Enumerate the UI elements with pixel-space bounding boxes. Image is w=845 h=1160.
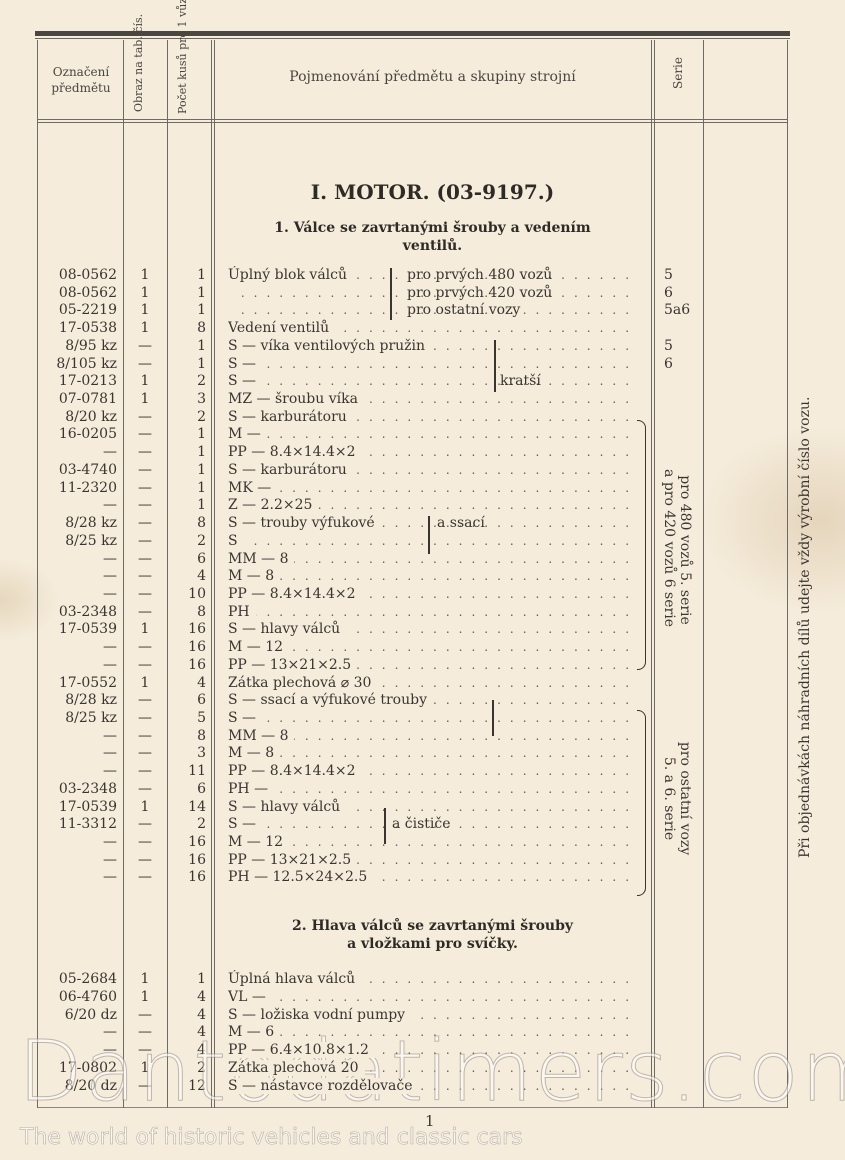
part-name: PP — 13×21×2.5: [228, 657, 357, 673]
quantity: 4: [168, 567, 206, 585]
table-row: 05-221911...............................…: [0, 301, 845, 319]
image-ref: —: [124, 833, 166, 851]
part-code: 07-0781: [40, 390, 117, 408]
part-name: M — 12: [228, 834, 289, 850]
part-name-cell: ...................................S — v…: [228, 337, 638, 355]
image-ref: 1: [124, 674, 166, 692]
image-ref: 1: [124, 284, 166, 302]
image-ref: —: [124, 603, 166, 621]
part-name-cell: ...................................MM — …: [228, 550, 638, 568]
part-code: —: [40, 833, 117, 851]
part-code: —: [40, 656, 117, 674]
image-ref: 1: [124, 266, 166, 284]
quantity: 1: [168, 355, 206, 373]
quantity: 5: [168, 709, 206, 727]
part-code: 08-0562: [40, 284, 117, 302]
quantity: 6: [168, 780, 206, 798]
part-name-cell: ...................................S —: [228, 709, 638, 727]
part-name-cell: ...................................PH — …: [228, 868, 638, 886]
part-code: 17-0213: [40, 372, 117, 390]
quantity: 2: [168, 532, 206, 550]
image-ref: 1: [124, 372, 166, 390]
part-code: 03-4740: [40, 461, 117, 479]
image-ref: —: [124, 585, 166, 603]
part-name: PP — 8.4×14.4×2: [228, 444, 362, 460]
part-code: —: [40, 567, 117, 585]
image-ref: —: [124, 514, 166, 532]
group-brace-2: [637, 710, 646, 896]
dot-leader: ...................................: [228, 603, 638, 621]
quantity: 2: [168, 408, 206, 426]
part-name-cell: ...................................M — 1…: [228, 638, 638, 656]
part-name-cell: ...................................Zátka…: [228, 674, 638, 692]
header-serie: Serie: [672, 53, 684, 93]
dot-leader: ...................................: [228, 425, 638, 443]
table-row: 16-0205—1...............................…: [0, 425, 845, 443]
serie-value: 6: [664, 284, 704, 302]
image-ref: —: [124, 762, 166, 780]
note-separator: [384, 808, 386, 844]
image-ref: —: [124, 355, 166, 373]
serie-value: 5a6: [664, 301, 704, 319]
part-name: S: [228, 533, 244, 549]
part-name-cell: ...................................PP — …: [228, 656, 638, 674]
part-name-cell: ...................................S — t…: [228, 514, 638, 532]
serie-value: 6: [664, 355, 704, 373]
part-name: PP — 8.4×14.4×2: [228, 586, 362, 602]
part-code: 8/28 kz: [40, 691, 117, 709]
dot-leader: ...................................: [228, 638, 638, 656]
part-name: MK —: [228, 480, 277, 496]
table-row: 17-0539114..............................…: [0, 798, 845, 816]
part-name: PP — 13×21×2.5: [228, 852, 357, 868]
table-row: ——16...................................M…: [0, 638, 845, 656]
quantity: 4: [168, 988, 206, 1006]
image-ref: 1: [124, 798, 166, 816]
part-code: —: [40, 496, 117, 514]
dot-leader: ...................................: [228, 567, 638, 585]
quantity: 1: [168, 443, 206, 461]
section-title: I. MOTOR. (03-9197.): [215, 180, 650, 204]
watermark-logo: Dantodatimers.com: [18, 1022, 845, 1120]
image-ref: —: [124, 691, 166, 709]
quantity: 8: [168, 514, 206, 532]
part-code: 6/20 dz: [40, 1006, 117, 1024]
image-ref: —: [124, 744, 166, 762]
table-row: ——1...................................PP…: [0, 443, 845, 461]
part-code: 05-2219: [40, 301, 117, 319]
quantity: 8: [168, 319, 206, 337]
table-row: 11-2320—1...............................…: [0, 479, 845, 497]
image-ref: —: [124, 709, 166, 727]
part-name-cell: ...................................Veden…: [228, 319, 638, 337]
table-row: 03-2348—6...............................…: [0, 780, 845, 798]
table-row: 17-055214...............................…: [0, 674, 845, 692]
table-row: 11-3312—2...............................…: [0, 815, 845, 833]
header-qty: Počet kusů pro 1 vůz: [177, 40, 189, 114]
part-code: 8/25 kz: [40, 532, 117, 550]
part-name-cell: ...................................M — 1…: [228, 833, 638, 851]
part-name-cell: ...................................MZ — …: [228, 390, 638, 408]
part-name-cell: ...................................M —: [228, 425, 638, 443]
quantity: 1: [168, 461, 206, 479]
table-row: ——16...................................P…: [0, 656, 845, 674]
part-name-cell: ...................................VL —: [228, 988, 638, 1006]
part-name-cell: ...................................S —: [228, 355, 638, 373]
table-row: ——3...................................M …: [0, 744, 845, 762]
table-row: ——16...................................P…: [0, 868, 845, 886]
part-note: kratší: [500, 372, 541, 390]
part-name: Zátka plechová 20: [228, 1060, 365, 1076]
table-row: ——4...................................M …: [0, 567, 845, 585]
table-row: 8/25 kz—2...............................…: [0, 532, 845, 550]
part-name: S —: [228, 710, 262, 726]
part-code: —: [40, 638, 117, 656]
part-name: M — 12: [228, 639, 289, 655]
part-name: Zátka plechová ⌀ 30: [228, 675, 377, 691]
part-name: MM — 8: [228, 728, 294, 744]
part-name: S — hlavy válců: [228, 621, 346, 637]
part-name: [228, 285, 234, 301]
quantity: 8: [168, 603, 206, 621]
part-name: S — ssací a výfukové trouby: [228, 692, 433, 708]
quantity: 16: [168, 868, 206, 886]
image-ref: —: [124, 851, 166, 869]
table-row: 03-4740—1...............................…: [0, 461, 845, 479]
image-ref: —: [124, 425, 166, 443]
header-bottom-rule: [37, 119, 787, 120]
part-code: 17-0539: [40, 620, 117, 638]
part-code: 8/95 kz: [40, 337, 117, 355]
table-row: 8/105 kz—1..............................…: [0, 355, 845, 373]
part-name-cell: ...................................Z — 2…: [228, 496, 638, 514]
part-name-cell: ...................................Úplná…: [228, 970, 638, 988]
subsection-2-title-line1: 2. Hlava válců se zavrtanými šrouby: [215, 918, 650, 934]
quantity: 10: [168, 585, 206, 603]
quantity: 6: [168, 550, 206, 568]
image-ref: 1: [124, 620, 166, 638]
part-name: M —: [228, 426, 267, 442]
part-name: S —: [228, 356, 262, 372]
part-name: S — trouby výfukové: [228, 515, 381, 531]
quantity: 1: [168, 425, 206, 443]
image-ref: 1: [124, 301, 166, 319]
part-code: 8/105 kz: [40, 355, 117, 373]
subsection-1-title-line1: 1. Válce se zavrtanými šrouby a vedením: [215, 220, 650, 236]
part-name: S — hlavy válců: [228, 799, 346, 815]
part-name-cell: ...................................PH —: [228, 780, 638, 798]
quantity: 16: [168, 638, 206, 656]
table-row: ——1...................................Z …: [0, 496, 845, 514]
table-row: 17-053818...............................…: [0, 319, 845, 337]
image-ref: —: [124, 550, 166, 568]
part-name-cell: ...................................PP — …: [228, 443, 638, 461]
image-ref: —: [124, 727, 166, 745]
part-name: MM — 8: [228, 551, 294, 567]
quantity: 1: [168, 301, 206, 319]
brace-note-2-line1: pro ostatní vozy: [677, 726, 693, 871]
quantity: 2: [168, 372, 206, 390]
dot-leader: ...................................: [228, 709, 638, 727]
header-name: Pojmenování předmětu a skupiny strojní: [215, 69, 650, 85]
part-name-cell: ...................................S —: [228, 372, 638, 390]
image-ref: —: [124, 408, 166, 426]
table-row: ——10...................................P…: [0, 585, 845, 603]
image-ref: —: [124, 780, 166, 798]
part-name: PP — 6.4×10.8×1.2: [228, 1042, 375, 1058]
quantity: 3: [168, 390, 206, 408]
part-name: Úplný blok válců: [228, 267, 353, 283]
catalog-page: Označení předmětu Obraz na tab. čís. Poč…: [0, 0, 845, 1160]
dot-leader: ...................................: [228, 355, 638, 373]
serie-value: 5: [664, 337, 704, 355]
part-code: 11-3312: [40, 815, 117, 833]
table-row: 17-0539116..............................…: [0, 620, 845, 638]
image-ref: 1: [124, 988, 166, 1006]
part-code: —: [40, 762, 117, 780]
table-row: ——6...................................MM…: [0, 550, 845, 568]
dot-leader: ...................................: [228, 372, 638, 390]
table-row: 03-2348—8...............................…: [0, 603, 845, 621]
dot-leader: ...................................: [228, 833, 638, 851]
table-row: 07-078113...............................…: [0, 390, 845, 408]
quantity: 2: [168, 815, 206, 833]
part-code: —: [40, 727, 117, 745]
quantity: 16: [168, 656, 206, 674]
brace-note-1-line1: pro 480 vozů 5. serie: [677, 450, 693, 650]
part-name-cell: ...................................M — 8: [228, 567, 638, 585]
serie-value: 5: [664, 266, 704, 284]
part-name-cell: ...................................MM — …: [228, 727, 638, 745]
note-separator: [492, 700, 494, 736]
table-row: 6/20 dz—4...............................…: [0, 1006, 845, 1024]
note-separator: [494, 340, 496, 392]
part-name-cell: ...................................S — s…: [228, 691, 638, 709]
quantity: 4: [168, 1006, 206, 1024]
table-row: 8/20 kz—2...............................…: [0, 408, 845, 426]
dot-leader: ...................................: [228, 780, 638, 798]
part-code: 8/28 kz: [40, 514, 117, 532]
table-row: 8/95 kz—1...............................…: [0, 337, 845, 355]
part-code: —: [40, 851, 117, 869]
quantity: 6: [168, 691, 206, 709]
image-ref: —: [124, 532, 166, 550]
part-code: 05-2684: [40, 970, 117, 988]
header-image: Obraz na tab. čís.: [133, 42, 145, 112]
part-name-cell: ...................................M — 8: [228, 744, 638, 762]
image-ref: —: [124, 567, 166, 585]
image-ref: —: [124, 815, 166, 833]
image-ref: —: [124, 461, 166, 479]
part-code: —: [40, 443, 117, 461]
quantity: 1: [168, 337, 206, 355]
table-row: ——8...................................MM…: [0, 727, 845, 745]
part-name: [228, 302, 234, 318]
part-name-cell: ...................................S — h…: [228, 620, 638, 638]
part-name: S — karburátoru: [228, 409, 353, 425]
part-name-cell: ...................................S — k…: [228, 408, 638, 426]
part-code: 08-0562: [40, 266, 117, 284]
part-code: 17-0538: [40, 319, 117, 337]
ordering-side-note: Při objednávkách náhradních dílů udejte …: [797, 397, 813, 858]
part-code: —: [40, 744, 117, 762]
part-name: PH —: [228, 781, 274, 797]
image-ref: 1: [124, 319, 166, 337]
group-brace-1: [637, 420, 646, 670]
part-code: 8/20 kz: [40, 408, 117, 426]
header-bottom-rule-2: [37, 122, 787, 123]
quantity: 8: [168, 727, 206, 745]
part-name-cell: ...................................S — l…: [228, 1006, 638, 1024]
image-ref: 1: [124, 970, 166, 988]
part-name-cell: ...................................PH: [228, 603, 638, 621]
table-row: ——11...................................P…: [0, 762, 845, 780]
header-code: Označení předmětu: [40, 64, 122, 96]
watermark-tagline: The world of historic vehicles and class…: [20, 1125, 523, 1150]
quantity: 3: [168, 744, 206, 762]
part-name: Vedení ventilů: [228, 320, 335, 336]
table-row: 8/25 kz—5...............................…: [0, 709, 845, 727]
part-name: S — karburátoru: [228, 462, 353, 478]
table-row: 08-056211...............................…: [0, 266, 845, 284]
quantity: 11: [168, 762, 206, 780]
image-ref: 1: [124, 390, 166, 408]
table-row: 06-476014...............................…: [0, 988, 845, 1006]
part-note: pro prvých 480 vozů: [407, 266, 552, 284]
part-code: 03-2348: [40, 780, 117, 798]
dot-leader: ...................................: [228, 479, 638, 497]
quantity: 16: [168, 833, 206, 851]
part-name: MZ — šroubu víka: [228, 391, 364, 407]
quantity: 1: [168, 284, 206, 302]
part-note: a ssací: [437, 514, 485, 532]
note-separator: [428, 516, 430, 554]
part-name-cell: ...................................S — h…: [228, 798, 638, 816]
image-ref: —: [124, 656, 166, 674]
image-ref: —: [124, 443, 166, 461]
image-ref: —: [124, 638, 166, 656]
top-rule: [35, 31, 790, 36]
part-note: a čističe: [392, 815, 451, 833]
quantity: 1: [168, 970, 206, 988]
part-code: 06-4760: [40, 988, 117, 1006]
quantity: 1: [168, 479, 206, 497]
part-name: S —: [228, 816, 262, 832]
part-name-cell: ...................................S: [228, 532, 638, 550]
part-code: 03-2348: [40, 603, 117, 621]
part-note: pro ostatní vozy: [407, 301, 520, 319]
part-name-cell: ...................................PP — …: [228, 585, 638, 603]
part-name-cell: ...................................PP — …: [228, 762, 638, 780]
image-ref: —: [124, 496, 166, 514]
part-name-cell: ...................................S — k…: [228, 461, 638, 479]
dot-leader: ...................................: [228, 988, 638, 1006]
note-separator: [390, 268, 392, 320]
part-name: S —: [228, 373, 262, 389]
part-code: —: [40, 585, 117, 603]
subsection-2-title-line2: a vložkami pro svíčky.: [215, 936, 650, 952]
part-name: PH: [228, 604, 256, 620]
part-name: PP — 8.4×14.4×2: [228, 763, 362, 779]
part-name: M — 6: [228, 1024, 280, 1040]
part-name: M — 8: [228, 568, 280, 584]
part-name-cell: ...................................MK —: [228, 479, 638, 497]
table-row: 08-056211...............................…: [0, 284, 845, 302]
part-name: M — 8: [228, 745, 280, 761]
quantity: 16: [168, 851, 206, 869]
quantity: 1: [168, 496, 206, 514]
quantity: 4: [168, 674, 206, 692]
table-row: 17-021312...............................…: [0, 372, 845, 390]
part-name: S — ložiska vodní pumpy: [228, 1007, 411, 1023]
image-ref: —: [124, 337, 166, 355]
table-row: ——16...................................P…: [0, 851, 845, 869]
top-rule-thin: [35, 38, 790, 39]
part-name: Z — 2.2×25: [228, 497, 318, 513]
brace-note-1-line2: a pro 420 vozů 6 serie: [661, 448, 677, 648]
image-ref: —: [124, 868, 166, 886]
table-row: 8/28 kz—6...............................…: [0, 691, 845, 709]
part-code: 17-0539: [40, 798, 117, 816]
quantity: 16: [168, 620, 206, 638]
image-ref: —: [124, 479, 166, 497]
part-code: —: [40, 550, 117, 568]
part-name: S — nástavce rozdělovače: [228, 1078, 419, 1094]
part-code: 11-2320: [40, 479, 117, 497]
part-name: VL —: [228, 989, 272, 1005]
part-code: 8/25 kz: [40, 709, 117, 727]
part-name: Úplná hlava válců: [228, 971, 361, 987]
subsection-1-title-line2: ventilů.: [215, 238, 650, 254]
image-ref: —: [124, 1006, 166, 1024]
quantity: 1: [168, 266, 206, 284]
brace-note-2-line2: 5. a 6. serie: [661, 726, 677, 871]
part-code: 17-0552: [40, 674, 117, 692]
part-note: pro prvých 420 vozů: [407, 284, 552, 302]
part-name: S — víka ventilových pružin: [228, 338, 431, 354]
table-row: 8/28 kz—8...............................…: [0, 514, 845, 532]
dot-leader: ...................................: [228, 532, 638, 550]
part-name-cell: ...................................PP — …: [228, 851, 638, 869]
table-row: 05-268411...............................…: [0, 970, 845, 988]
part-code: 16-0205: [40, 425, 117, 443]
quantity: 14: [168, 798, 206, 816]
part-name: PH — 12.5×24×2.5: [228, 869, 373, 885]
part-code: —: [40, 868, 117, 886]
dot-leader: ...................................: [228, 744, 638, 762]
table-row: ——16...................................M…: [0, 833, 845, 851]
